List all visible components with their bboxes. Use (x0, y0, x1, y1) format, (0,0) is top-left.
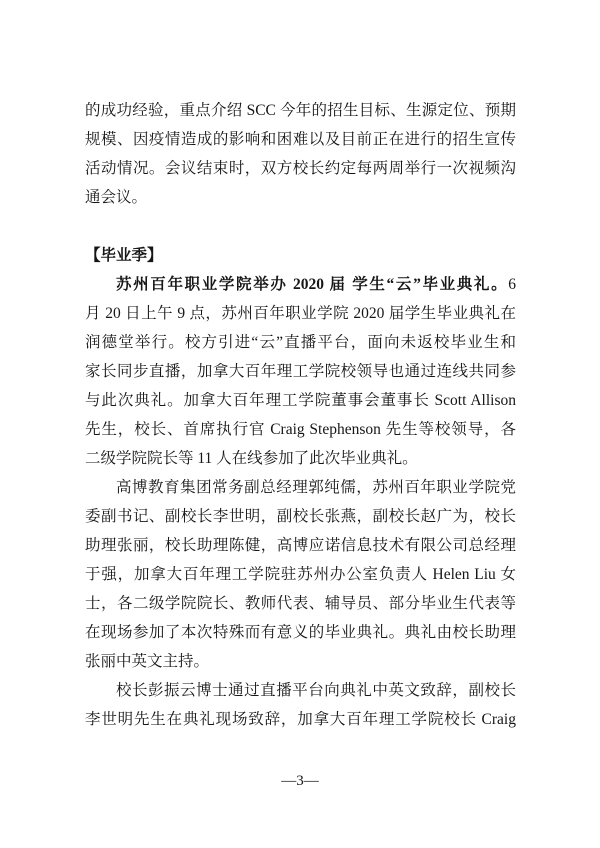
text-line: 士，各二级学院院长、教师代表、辅导员、部分毕业生代表等 (85, 589, 516, 618)
text-line: 月 20 日上午 9 点，苏州百年职业学院 2020 届学生毕业典礼在 (85, 299, 516, 328)
text-line: 校长彭振云博士通过直播平台向典礼中英文致辞，副校长 (85, 676, 516, 705)
text-line: 张丽中英文主持。 (85, 647, 516, 676)
document-page: 的成功经验，重点介绍 SCC 今年的招生目标、生源定位、预期 规模、因疫情造成的… (0, 0, 600, 848)
paragraph-attendees: 高博教育集团常务副总经理郭纯儒，苏州百年职业学院党 委副书记、副校长李世明，副校… (85, 473, 516, 676)
paragraph-recruitment-continuation: 的成功经验，重点介绍 SCC 今年的招生目标、生源定位、预期 规模、因疫情造成的… (85, 96, 516, 212)
section-header-graduation-season: 【毕业季】 (85, 241, 516, 270)
text-line: 于强，加拿大百年理工学院驻苏州办公室负责人 Helen Liu 女 (85, 560, 516, 589)
paragraph-graduation-ceremony: 苏州百年职业学院举办 2020 届 学生“云”毕业典礼。6 月 20 日上午 9… (85, 270, 516, 473)
paragraph-speeches: 校长彭振云博士通过直播平台向典礼中英文致辞，副校长 李世明先生在典礼现场致辞，加… (85, 676, 516, 734)
text-line: 在现场参加了本次特殊而有意义的毕业典礼。典礼由校长助理 (85, 618, 516, 647)
text-fragment: 6 (508, 276, 516, 293)
text-line: 通会议。 (85, 183, 516, 212)
text-line: 家长同步直播，加拿大百年理工学院校领导也通过连线共同参 (85, 357, 516, 386)
text-line: 活动情况。会议结束时，双方校长约定每两周举行一次视频沟 (85, 154, 516, 183)
page-footer: —3— (0, 770, 600, 792)
page-number: —3— (281, 773, 319, 789)
text-line: 苏州百年职业学院举办 2020 届 学生“云”毕业典礼。6 (85, 270, 516, 299)
text-line: 二级学院院长等 11 人在线参加了此次毕业典礼。 (85, 444, 516, 473)
ceremony-title-bold: 苏州百年职业学院举办 2020 届 学生“云”毕业典礼。 (116, 276, 508, 293)
text-line: 润德堂举行。校方引进“云”直播平台，面向未返校毕业生和 (85, 328, 516, 357)
text-line: 规模、因疫情造成的影响和困难以及目前正在进行的招生宣传 (85, 125, 516, 154)
text-line: 的成功经验，重点介绍 SCC 今年的招生目标、生源定位、预期 (85, 96, 516, 125)
text-line: 与此次典礼。加拿大百年理工学院董事会董事长 Scott Allison (85, 386, 516, 415)
document-body: 的成功经验，重点介绍 SCC 今年的招生目标、生源定位、预期 规模、因疫情造成的… (85, 96, 516, 734)
text-line: 高博教育集团常务副总经理郭纯儒，苏州百年职业学院党 (85, 473, 516, 502)
text-line: 先生，校长、首席执行官 Craig Stephenson 先生等校领导，各 (85, 415, 516, 444)
text-line: 委副书记、副校长李世明，副校长张燕，副校长赵广为，校长 (85, 502, 516, 531)
text-line: 李世明先生在典礼现场致辞，加拿大百年理工学院校长 Craig (85, 705, 516, 734)
section-spacer (85, 212, 516, 241)
text-line: 助理张丽，校长助理陈健，高博应诺信息技术有限公司总经理 (85, 531, 516, 560)
